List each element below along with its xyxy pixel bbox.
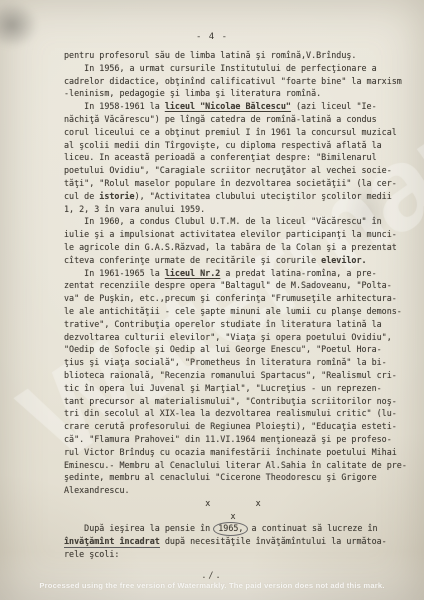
text-segment: ), "Activitatea clubului uteciştilor şco… [135, 191, 392, 201]
document-line: tri din secolul al XIX-lea la dezvoltare… [64, 407, 402, 420]
text-segment: 1, 2, 3 în vara anului 1959. [64, 204, 205, 214]
text-segment: tant precursor al materialismului", "Con… [64, 396, 397, 406]
text-segment: ţius şi viaţa socială", "Prometheus în l… [64, 357, 387, 367]
document-line: dezvoltarea culturii elevilor", "Viaţa ş… [64, 331, 402, 344]
document-line: iulie şi a impulsionat activitatea elevi… [64, 228, 402, 241]
text-segment: x [230, 511, 235, 521]
text-segment: liceul Nr.2 [165, 268, 220, 278]
document-line: că". "Flamura Prahovei" din 11.VI.1964 m… [64, 433, 402, 446]
document-line: x [64, 510, 402, 523]
text-segment: cul de [64, 191, 99, 201]
text-segment: "Oedip de Sofocle şi Oedip al lui George… [64, 344, 382, 354]
document-line: tic în opera lui Juvenal şi Marţial", "L… [64, 382, 402, 395]
document-line: pentru profesorul său de limba latină şi… [64, 49, 402, 62]
text-segment: al şcolii medii din Tîrgovişte, cu diplo… [64, 140, 382, 150]
text-segment: După ieşirea la pensie în [64, 523, 215, 533]
continuation-mark: ./. [0, 571, 424, 581]
document-line: zentat recenziile despre opera "Baltagul… [64, 279, 402, 292]
text-segment: şedinte, membru al cenaclului "Cicerone … [64, 472, 377, 482]
text-segment: trative", Contribuţia operelor studiate … [64, 319, 382, 329]
document-line: cîteva conferinţe urmate de recitările ş… [64, 254, 402, 267]
text-segment: (azi liceul "Ie- [291, 101, 377, 111]
text-segment: năchiţă Văcărescu") pe lîngă catedra de … [64, 114, 377, 124]
text-segment: poetului Ovidiu", "Caragiale scriitor ne… [64, 165, 392, 175]
document-line: In 1956, a urmat cursurile Institutului … [64, 62, 402, 75]
text-segment: pentru profesorul său de limba latină şi… [64, 50, 356, 60]
document-line: cadrelor didactice, obţinînd calificativ… [64, 75, 402, 88]
text-segment: x x [205, 498, 260, 508]
text-segment: va" de Puşkin, etc.,precum şi conferinţa… [64, 293, 397, 303]
document-line: al şcolii medii din Tîrgovişte, cu diplo… [64, 139, 402, 152]
document-line: liceu. In această perioadă a conferenţia… [64, 151, 402, 164]
text-segment: iulie şi a impulsionat activitatea elevi… [64, 229, 397, 239]
text-segment: corul liceului ce a obţinut premiul I în… [64, 127, 397, 137]
page-number: - 4 - [0, 32, 424, 42]
document-line: Eminescu.- Membru al Cenaclului literar … [64, 459, 402, 472]
document-line: 1, 2, 3 în vara anului 1959. [64, 203, 402, 216]
text-segment: liceul "Nicolae Bălcescu" [165, 101, 291, 111]
text-segment: cadrelor didactice, obţinînd calificativ… [64, 76, 402, 86]
text-segment: -leninism, pedagogie şi limba şi literat… [64, 88, 321, 98]
document-line: poetului Ovidiu", "Caragiale scriitor ne… [64, 164, 402, 177]
text-segment: zentat recenziile despre opera "Baltagul… [64, 280, 392, 290]
text-segment: Eminescu.- Membru al Cenaclului literar … [64, 460, 407, 470]
document-line: "Oedip de Sofocle şi Oedip al lui George… [64, 343, 402, 356]
document-body: pentru profesorul său de limba latină şi… [64, 49, 402, 561]
document-line: tant precursor al materialismului", "Con… [64, 395, 402, 408]
text-segment: elevilor. [321, 255, 366, 265]
document-line: rele şcoli: [64, 548, 402, 561]
text-segment: blioteca raională, "Recenzia romanului S… [64, 370, 397, 380]
document-line: In 1960, a condus Clubul U.T.M. de la li… [64, 215, 402, 228]
document-line: blioteca raională, "Recenzia romanului S… [64, 369, 402, 382]
document-line: cul de istorie), "Activitatea clubului u… [64, 190, 402, 203]
document-line: năchiţă Văcărescu") pe lîngă catedra de … [64, 113, 402, 126]
text-segment: crare cerută profesorului de Regiunea Pl… [64, 421, 397, 431]
text-segment: tic în opera lui Juvenal şi Marţial", "L… [64, 383, 382, 393]
document-line: va" de Puşkin, etc.,precum şi conferinţa… [64, 292, 402, 305]
text-segment: dezvoltarea culturii elevilor", "Viaţa ş… [64, 332, 392, 342]
document-line: şedinte, membru al cenaclului "Cicerone … [64, 471, 402, 484]
document-line: -leninism, pedagogie şi limba şi literat… [64, 87, 402, 100]
text-segment: le agricole din G.A.S.Răzvad, la tabăra … [64, 242, 397, 252]
scanned-typewritten-page: { "document": { "page_number": "- 4 -", … [0, 0, 424, 600]
watermark-text: Processed using the free version of Wate… [0, 581, 424, 590]
document-line: crare cerută profesorului de Regiunea Pl… [64, 420, 402, 433]
text-segment: istorie [99, 191, 134, 201]
hand-underlined-text: învăţămînt încadrat [64, 536, 160, 548]
document-line: x x [64, 497, 402, 510]
text-segment: In 1956, a urmat cursurile Institutului … [64, 63, 377, 73]
text-segment: In 1960, a condus Clubul U.T.M. de la li… [64, 216, 382, 226]
document-line: trative", Contribuţia operelor studiate … [64, 318, 402, 331]
document-line: le ale antichităţii - cele şapte minuni … [64, 305, 402, 318]
document-line: In 1961-1965 la liceul Nr.2 a predat lat… [64, 267, 402, 280]
document-line: le agricole din G.A.S.Răzvad, la tabăra … [64, 241, 402, 254]
text-segment: rul Victor Brînduş cu ocazia manifestări… [64, 447, 397, 457]
document-line: Alexandrescu. [64, 484, 402, 497]
document-line: ţius şi viaţa socială", "Prometheus în l… [64, 356, 402, 369]
document-line: rul Victor Brînduş cu ocazia manifestări… [64, 446, 402, 459]
text-segment: a continuat să lucreze în [246, 523, 377, 533]
document-line: In 1958-1961 la liceul "Nicolae Bălcescu… [64, 100, 402, 113]
text-segment: tăţi", "Rolul maselor populare în dezvol… [64, 178, 397, 188]
text-segment: tri din secolul al XIX-lea la dezvoltare… [64, 408, 397, 418]
text-segment: cîteva conferinţe urmate de recitările ş… [64, 255, 321, 265]
text-segment: In 1961-1965 la [64, 268, 165, 278]
text-segment: In 1958-1961 la [64, 101, 165, 111]
text-segment: Alexandrescu. [64, 485, 130, 495]
text-segment: liceu. In această perioadă a conferenţia… [64, 152, 377, 162]
document-line: corul liceului ce a obţinut premiul I în… [64, 126, 402, 139]
text-segment: că". "Flamura Prahovei" din 11.VI.1964 m… [64, 434, 392, 444]
document-line: învăţămînt încadrat după necesităţile în… [64, 535, 402, 548]
document-line: tăţi", "Rolul maselor populare în dezvol… [64, 177, 402, 190]
text-segment: rele şcoli: [64, 549, 119, 559]
text-segment: a predat latina-romîna, a pre- [220, 268, 376, 278]
document-line: După ieşirea la pensie în 1965, a contin… [64, 522, 402, 535]
text-segment: după necesităţile învăţămîntului la urmă… [160, 536, 387, 546]
text-segment: le ale antichităţii - cele şapte minuni … [64, 306, 402, 316]
